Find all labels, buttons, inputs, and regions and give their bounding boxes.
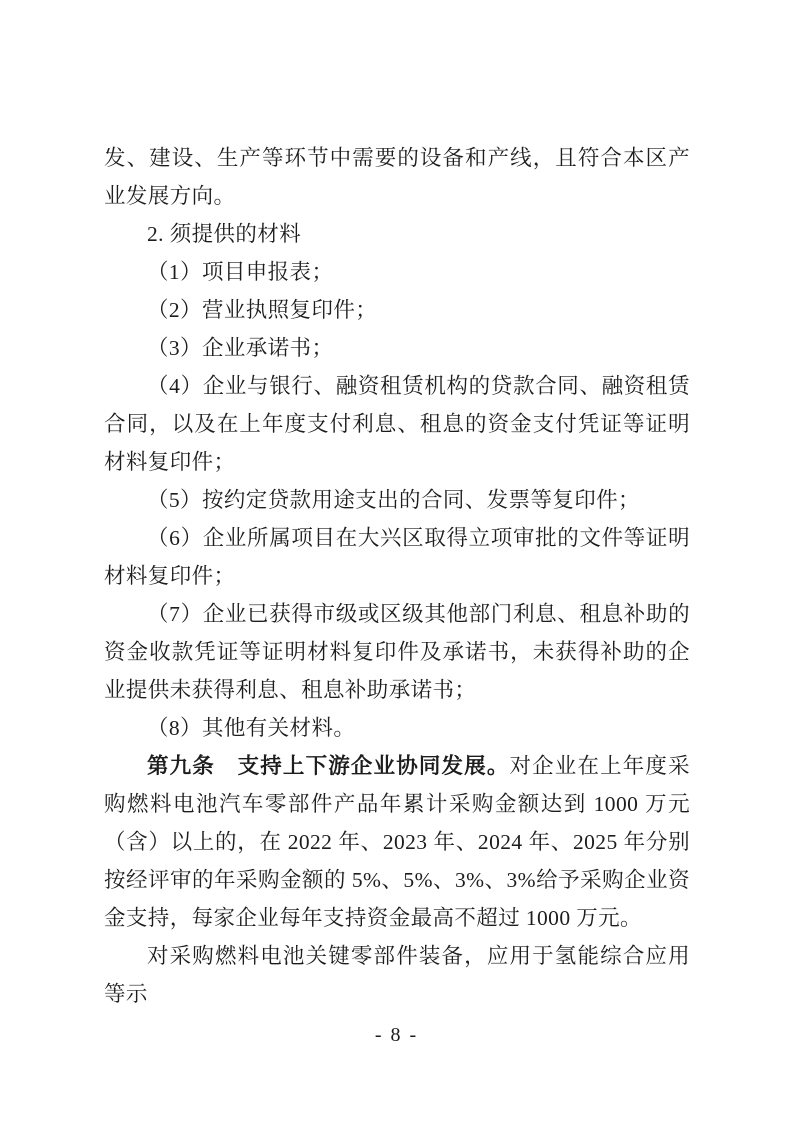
list-item-3: （3）企业承诺书；	[104, 329, 690, 367]
paragraph-article-9: 第九条 支持上下游企业协同发展。对企业在上年度采购燃料电池汽车零部件产品年累计采…	[104, 747, 690, 937]
list-item-6: （6）企业所属项目在大兴区取得立项审批的文件等证明材料复印件；	[104, 519, 690, 595]
document-body: 发、建设、生产等环节中需要的设备和产线，且符合本区产业发展方向。 2. 须提供的…	[104, 139, 690, 1013]
list-item-2: （2）营业执照复印件；	[104, 291, 690, 329]
list-item-4: （4）企业与银行、融资租赁机构的贷款合同、融资租赁合同，以及在上年度支付利息、租…	[104, 367, 690, 481]
list-item-8: （8）其他有关材料。	[104, 709, 690, 747]
page-number: - 8 -	[0, 1022, 793, 1048]
article-9-heading: 第九条 支持上下游企业协同发展。	[147, 754, 510, 778]
list-item-5: （5）按约定贷款用途支出的合同、发票等复印件；	[104, 481, 690, 519]
paragraph-materials-title: 2. 须提供的材料	[104, 215, 690, 253]
document-page: 发、建设、生产等环节中需要的设备和产线，且符合本区产业发展方向。 2. 须提供的…	[0, 0, 793, 1122]
paragraph-continuation: 发、建设、生产等环节中需要的设备和产线，且符合本区产业发展方向。	[104, 139, 690, 215]
paragraph-procurement-equipment: 对采购燃料电池关键零部件装备，应用于氢能综合应用等示	[104, 937, 690, 1013]
list-item-7: （7）企业已获得市级或区级其他部门利息、租息补助的资金收款凭证等证明材料复印件及…	[104, 595, 690, 709]
article-9-body: 对企业在上年度采购燃料电池汽车零部件产品年累计采购金额达到 1000 万元（含）…	[104, 754, 690, 930]
list-item-1: （1）项目申报表；	[104, 253, 690, 291]
